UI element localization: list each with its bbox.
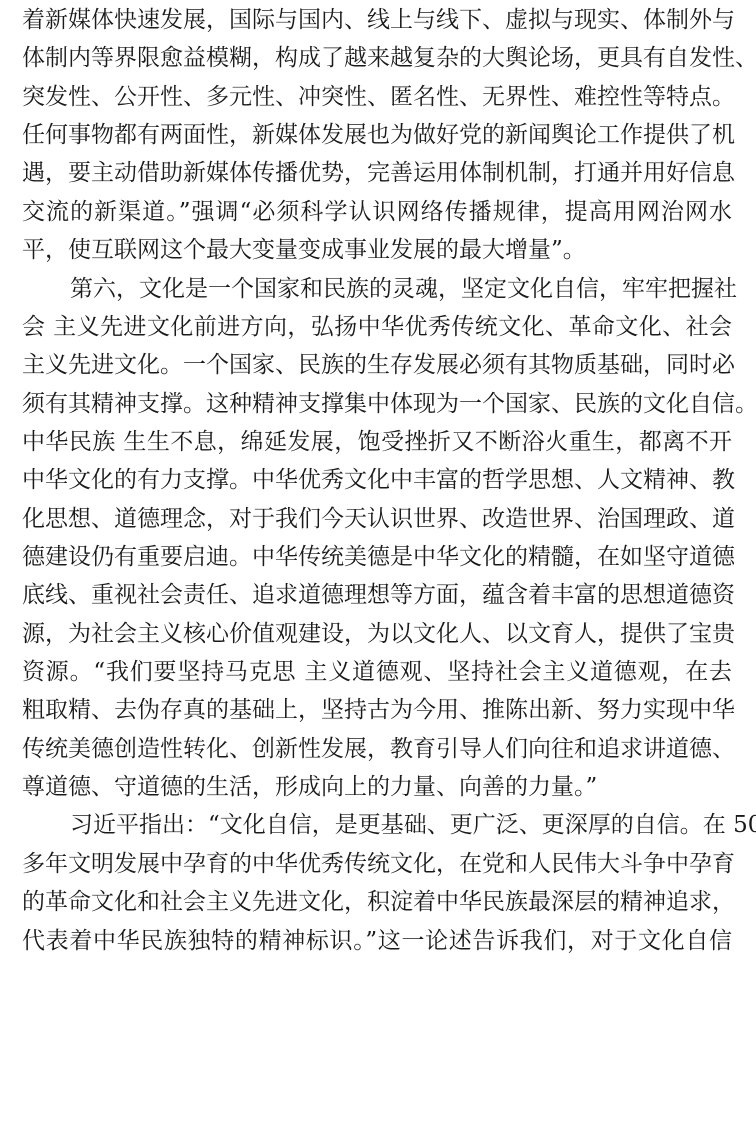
text-line: 粗取精、去伪存真的基础上，坚持古为今用、推陈出新、努力实现中华 <box>22 695 732 725</box>
paragraph-start-line: 习近平指出：“文化自信，是更基础、更广泛、更深厚的自信。在 5000 <box>70 810 732 840</box>
text-line: 任何事物都有两面性，新媒体发展也为做好党的新闻舆论工作提供了机 <box>22 120 732 150</box>
text-line: 遇，要主动借助新媒体传播优势，完善运用体制机制，打通并用好信息 <box>22 158 732 188</box>
text-line: 底线、重视社会责任、追求道德理想等方面，蕴含着丰富的思想道德资 <box>22 580 732 610</box>
text-line: 代表着中华民族独特的精神标识。”这一论述告诉我们，对于文化自信 <box>22 926 732 956</box>
text-line: 中华民族 生生不息，绵延发展，饱受挫折又不断浴火重生，都离不开 <box>22 427 732 457</box>
text-line: 体制内等界限愈益模糊，构成了越来越复杂的大舆论场，更具有自发性、 <box>22 43 732 73</box>
text-line: 突发性、公开性、多元性、冲突性、匿名性、无界性、难控性等特点。 <box>22 82 732 112</box>
text-line: 的革命文化和社会主义先进文化，积淀着中华民族最深层的精神追求， <box>22 887 732 917</box>
text-line: 源，为社会主义核心价值观建设，为以文化人、以文育人，提供了宝贵 <box>22 619 732 649</box>
document-page: 着新媒体快速发展，国际与国内、线上与线下、虚拟与现实、体制外与 体制内等界限愈益… <box>0 0 756 1134</box>
text-line: 传统美德创造性转化、创新性发展，教育引导人们向往和追求讲道德、 <box>22 734 732 764</box>
text-line: 主义先进文化。一个国家、民族的生存发展必须有其物质基础，同时必 <box>22 350 732 380</box>
text-line: 资源。“我们要坚持马克思 主义道德观、坚持社会主义道德观，在去 <box>22 657 732 687</box>
text-line: 多年文明发展中孕育的中华优秀传统文化，在党和人民伟大斗争中孕育 <box>22 849 732 879</box>
text-line: 尊道德、守道德的生活，形成向上的力量、向善的力量。” <box>22 772 732 802</box>
text-line: 交流的新渠道。”强调“必须科学认识网络传播规律，提高用网治网水 <box>22 197 732 227</box>
text-line: 中华文化的有力支撑。中华优秀文化中丰富的哲学思想、人文精神、教 <box>22 465 732 495</box>
text-line: 须有其精神支撑。这种精神支撑集中体现为一个国家、民族的文化自信。 <box>22 389 732 419</box>
text-line: 化思想、道德理念，对于我们今天认识世界、改造世界、治国理政、道 <box>22 504 732 534</box>
text-line: 会 主义先进文化前进方向，弘扬中华优秀传统文化、革命文化、社会 <box>22 312 732 342</box>
text-line: 德建设仍有重要启迪。中华传统美德是中华文化的精髓，在如坚守道德 <box>22 542 732 572</box>
paragraph-start-line: 第六，文化是一个国家和民族的灵魂，坚定文化自信，牢牢把握社 <box>70 274 732 304</box>
text-line: 平，使互联网这个最大变量变成事业发展的最大增量”。 <box>22 235 732 265</box>
text-line: 着新媒体快速发展，国际与国内、线上与线下、虚拟与现实、体制外与 <box>22 5 732 35</box>
